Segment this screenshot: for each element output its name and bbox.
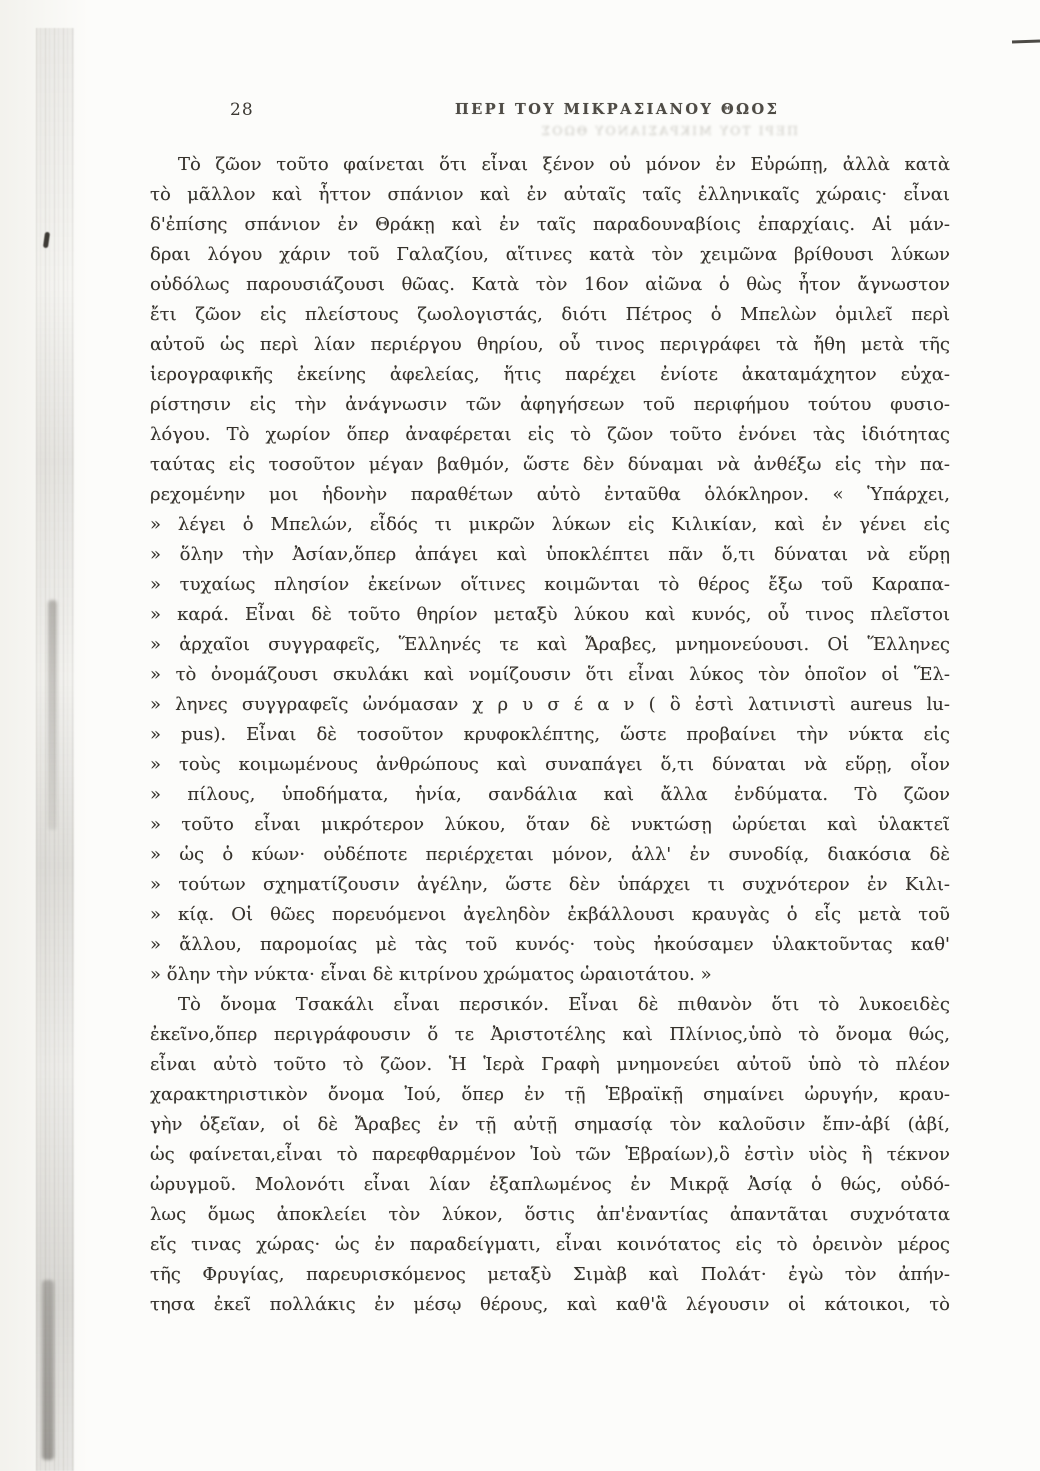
- paragraph: Τὸ ὄνομα Τσακάλι εἶναι περσικόν. Εἶναι δ…: [150, 990, 950, 1320]
- show-through-text: ΠΕΡΙ ΤΟΥ ΜΙΚΡΑΣΙΑΝΟΥ ΘΩΟΣ: [498, 123, 798, 138]
- paragraph: Τὸ ζῶον τοῦτο φαίνεται ὅτι εἶναι ξένον ο…: [150, 150, 950, 990]
- text-line: ἔτι ζῶον εἰς πλείστους ζωολογιστάς, διότ…: [150, 300, 950, 330]
- text-line: ἱερογραφικῆς ἐκείνης ἀφελείας, ἥτις παρέ…: [150, 360, 950, 390]
- text-line: » ἄλλου, παρομοίας μὲ τὰς τοῦ κυνός· τοὺ…: [150, 930, 950, 960]
- text-line: » τοὺς κοιμωμένους ἀνθρώπους καὶ συναπάγ…: [150, 750, 950, 780]
- text-line: » ληνες συγγραφεῖς ὠνόμασαν χ ρ υ σ έ α …: [150, 690, 950, 720]
- text-line: Τὸ ὄνομα Τσακάλι εἶναι περσικόν. Εἶναι δ…: [150, 990, 950, 1020]
- text-line: λως ὅμως ἀποκλείει τὸν λύκον, ὅστις ἀπ'ἐ…: [150, 1200, 950, 1230]
- text-line: Τὸ ζῶον τοῦτο φαίνεται ὅτι εἶναι ξένον ο…: [150, 150, 950, 180]
- text-line: » λέγει ὁ Μπελών, εἶδός τι μικρῶν λύκων …: [150, 510, 950, 540]
- text-line: χαρακτηριστικὸν ὄνομα Ἰού, ὅπερ ἐν τῇ Ἑβ…: [150, 1080, 950, 1110]
- page-number: 28: [230, 100, 254, 120]
- text-line: ρεχομένην μοι ἡδονὴν παραθέτων αὐτὸ ἐντα…: [150, 480, 950, 510]
- text-line: » τὸ ὀνομάζουσι σκυλάκι καὶ νομίζουσιν ὅ…: [150, 660, 950, 690]
- text-line: τὸ μᾶλλον καὶ ἧττον σπάνιον καὶ ἐν αὐταῖ…: [150, 180, 950, 210]
- running-title: ΠΕΡΙ ΤΟΥ ΜΙΚΡΑΣΙΑΝΟΥ ΘΩΟΣ: [455, 101, 725, 118]
- text-line: » ἀρχαῖοι συγγραφεῖς, Ἕλληνές τε καὶ Ἄρα…: [150, 630, 950, 660]
- text-line: » τούτων σχηματίζουσιν ἀγέλην, ὥστε δὲν …: [150, 870, 950, 900]
- text-line: τῆς Φρυγίας, παρευρισκόμενος μεταξὺ Σιμὰ…: [150, 1260, 950, 1290]
- text-line: » κίᾳ. Οἱ θῶες πορευόμενοι ἀγεληδὸν ἐκβά…: [150, 900, 950, 930]
- text-line: ἐκεῖνο,ὅπερ περιγράφουσιν ὅ τε Ἀριστοτέλ…: [150, 1020, 950, 1050]
- text-line: λόγου. Τὸ χωρίον ὅπερ ἀναφέρεται εἰς τὸ …: [150, 420, 950, 450]
- text-line: » πίλους, ὑποδήματα, ἡνία, σανδάλια καὶ …: [150, 780, 950, 810]
- text-line: ὠρυγμοῦ. Μολονότι εἶναι λίαν ἐξαπλωμένος…: [150, 1170, 950, 1200]
- text-line: » τυχαίως πλησίον ἐκείνων οἵτινες κοιμῶν…: [150, 570, 950, 600]
- text-line: » καρά. Εἶναι δὲ τοῦτο θηρίον μεταξὺ λύκ…: [150, 600, 950, 630]
- text-line: » τοῦτο εἶναι μικρότερον λύκου, ὅταν δὲ …: [150, 810, 950, 840]
- binding-streak-bottom: [42, 1280, 54, 1460]
- text-line: εἶναι αὐτὸ τοῦτο τὸ ζῶον. Ἡ Ἱερὰ Γραφὴ μ…: [150, 1050, 950, 1080]
- text-block: Τὸ ζῶον τοῦτο φαίνεται ὅτι εἶναι ξένον ο…: [150, 150, 950, 1320]
- text-line: ταύτας εἰς τοσοῦτον μέγαν βαθμόν, ὥστε δ…: [150, 450, 950, 480]
- text-line: τησα ἐκεῖ πολλάκις ἐν μέσῳ θέρους, καὶ κ…: [150, 1290, 950, 1320]
- text-line: ὡς φαίνεται,εἶναι τὸ παρεφθαρμένον Ἰοὺ τ…: [150, 1140, 950, 1170]
- text-line: δραι λόγου χάριν τοῦ Γαλαζίου, αἵτινες κ…: [150, 240, 950, 270]
- text-line: » ὡς ὁ κύων· οὐδέποτε περιέρχεται μόνον,…: [150, 840, 950, 870]
- text-line: αὐτοῦ ὡς περὶ λίαν περιέργου θηρίου, οὗ …: [150, 330, 950, 360]
- binding-streak: [48, 600, 57, 830]
- text-line: » pus). Εἶναι δὲ τοσοῦτον κρυφοκλέπτης, …: [150, 720, 950, 750]
- text-line: ρίστησιν εἰς τὴν ἀνάγνωσιν τῶν ἀφηγήσεων…: [150, 390, 950, 420]
- text-line: εἴς τινας χώρας· ὡς ἐν παραδείγματι, εἶν…: [150, 1230, 950, 1260]
- text-line: » ὅλην τὴν νύκτα· εἶναι δὲ κιτρίνου χρώμ…: [150, 960, 950, 990]
- text-line: » ὅλην τὴν Ἀσίαν,ὅπερ ἀπάγει καὶ ὑποκλέπ…: [150, 540, 950, 570]
- text-line: γὴν ὀξεῖαν, οἱ δὲ Ἄραβες ἐν τῇ αὐτῇ σημα…: [150, 1110, 950, 1140]
- scan-corner-mark: [1012, 40, 1040, 44]
- text-line: οὐδόλως παρουσιάζουσι θῶας. Κατὰ τὸν 16ο…: [150, 270, 950, 300]
- text-line: δ'ἐπίσης σπάνιον ἐν Θράκῃ καὶ ἐν ταῖς πα…: [150, 210, 950, 240]
- scanned-page: 28 ΠΕΡΙ ΤΟΥ ΜΙΚΡΑΣΙΑΝΟΥ ΘΩΟΣ ΠΕΡΙ ΤΟΥ ΜΙ…: [0, 0, 1040, 1471]
